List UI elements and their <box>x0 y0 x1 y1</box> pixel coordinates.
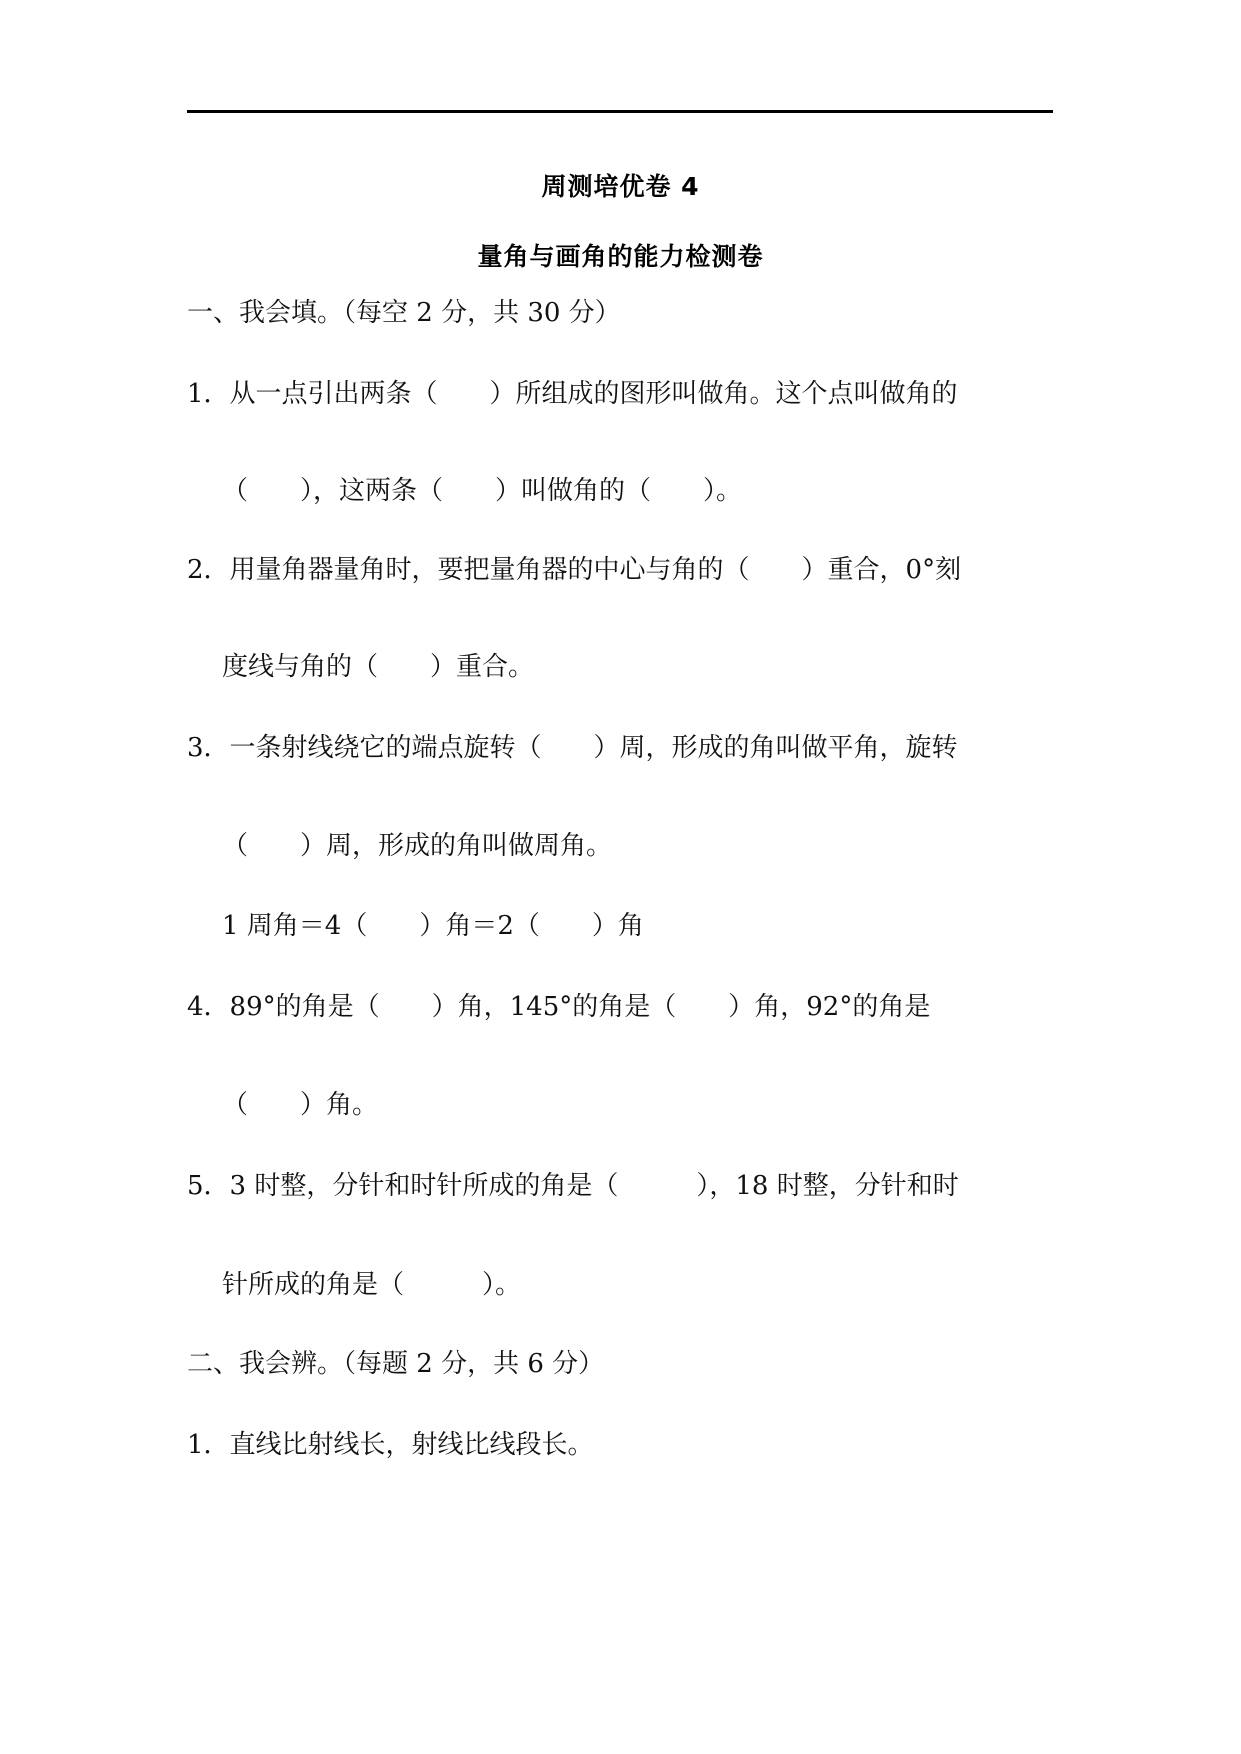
question-text: 直线比射线长，射线比线段长。 <box>230 1430 594 1460</box>
question-line-continued: （ ）角。 <box>222 1088 378 1122</box>
question-text: 一条射线绕它的端点旋转（ ）周，形成的角叫做平角，旋转 <box>230 733 958 763</box>
question-line-continued: 针所成的角是（ ）。 <box>222 1268 521 1302</box>
question-line: 2．用量角器量角时，要把量角器的中心与角的（ ）重合，0°刻 <box>187 553 961 587</box>
question-line: 1．直线比射线长，射线比线段长。 <box>187 1428 594 1462</box>
question-text: 89°的角是（ ）角，145°的角是（ ）角，92°的角是 <box>230 992 931 1022</box>
question-number: 5． <box>187 1171 230 1201</box>
question-number: 2． <box>187 555 230 585</box>
page-subtitle: 量角与画角的能力检测卷 <box>0 237 1241 273</box>
question-line-continued: （ ），这两条（ ）叫做角的（ ）。 <box>222 474 742 508</box>
question-text: 3 时整，分针和时针所成的角是（ ），18 时整，分针和时 <box>230 1171 959 1201</box>
question-text: 从一点引出两条（ ）所组成的图形叫做角。这个点叫做角的 <box>230 379 958 409</box>
question-line: 5．3 时整，分针和时针所成的角是（ ），18 时整，分针和时 <box>187 1169 959 1203</box>
question-number: 3． <box>187 733 230 763</box>
question-text: 用量角器量角时，要把量角器的中心与角的（ ）重合，0°刻 <box>230 555 962 585</box>
question-line-continued: 度线与角的（ ）重合。 <box>222 650 534 684</box>
section-heading-fill: 一、我会填。（每空 2 分，共 30 分） <box>187 296 621 330</box>
question-number: 4． <box>187 992 230 1022</box>
section-heading-judge: 二、我会辨。（每题 2 分，共 6 分） <box>187 1347 604 1381</box>
question-number: 1． <box>187 379 230 409</box>
question-number: 1． <box>187 1430 230 1460</box>
header-rule <box>187 110 1053 113</box>
page-title: 周测培优卷 4 <box>0 167 1241 203</box>
question-line: 3．一条射线绕它的端点旋转（ ）周，形成的角叫做平角，旋转 <box>187 731 958 765</box>
question-line-equation: 1 周角＝4（ ）角＝2（ ）角 <box>222 909 644 943</box>
question-line-continued: （ ）周，形成的角叫做周角。 <box>222 829 612 863</box>
question-line: 4．89°的角是（ ）角，145°的角是（ ）角，92°的角是 <box>187 990 930 1024</box>
question-line: 1．从一点引出两条（ ）所组成的图形叫做角。这个点叫做角的 <box>187 377 958 411</box>
